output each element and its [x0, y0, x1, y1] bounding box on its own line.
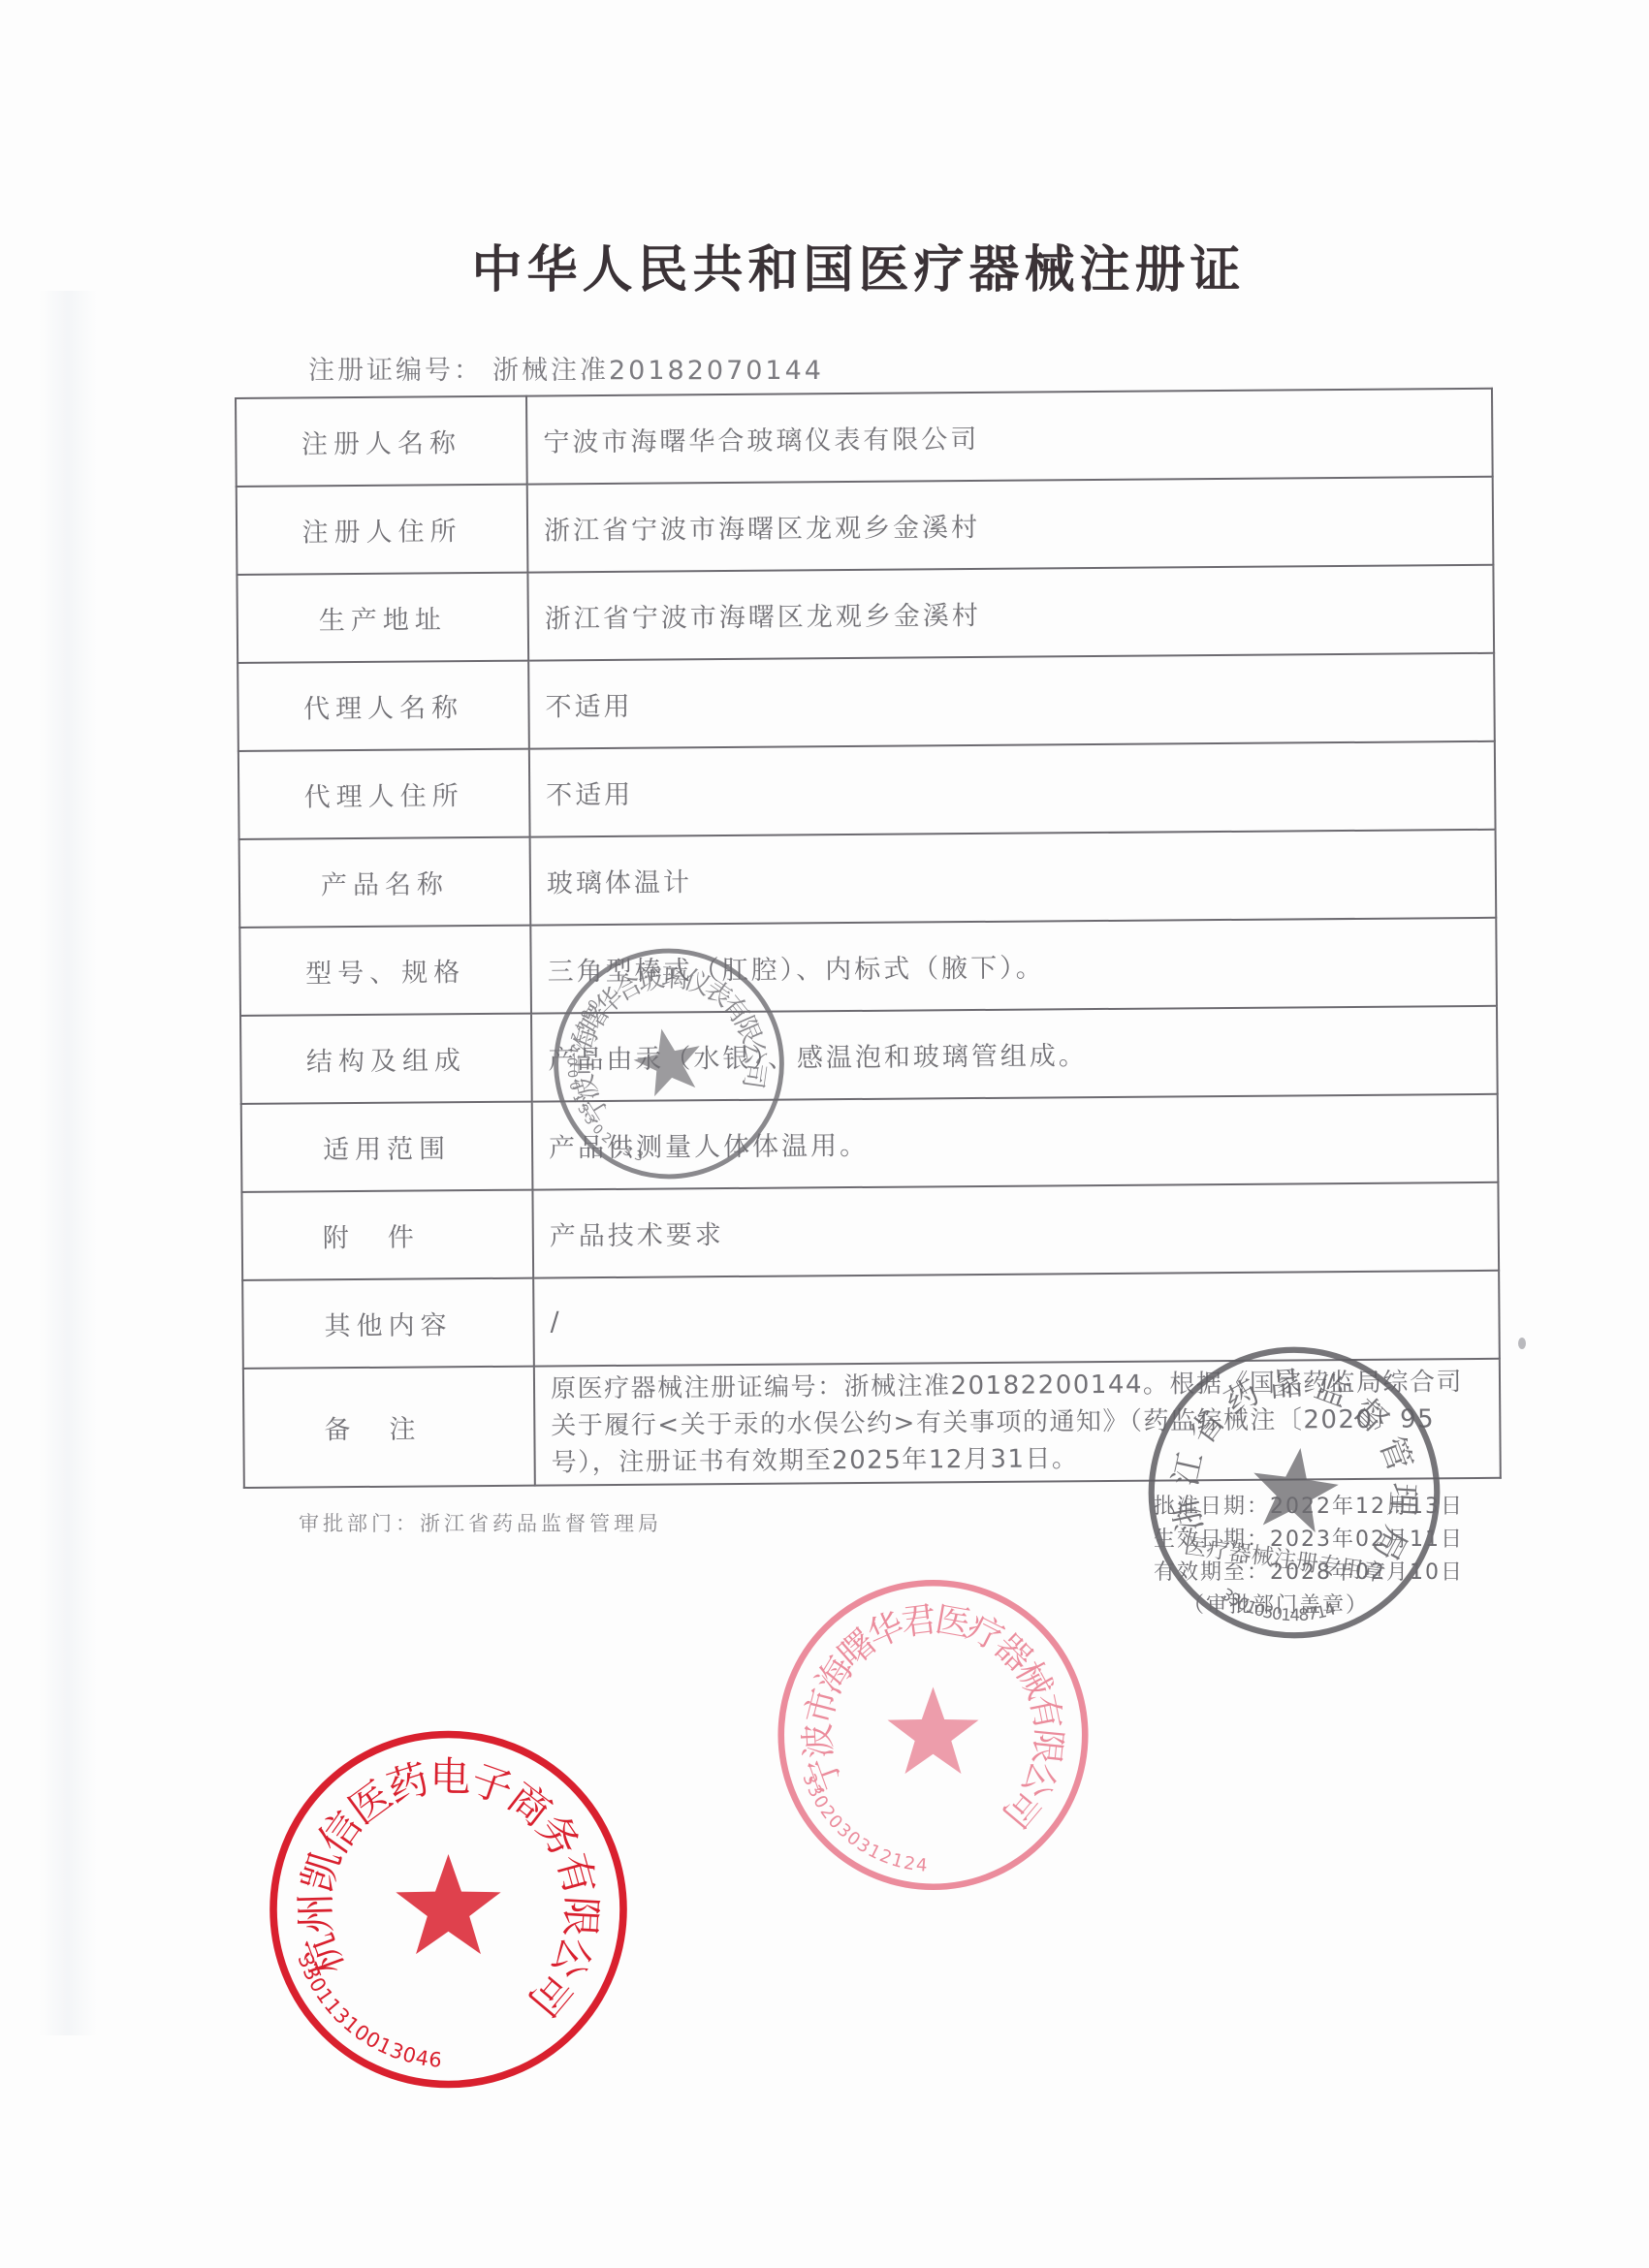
svg-text:江: 江: [1166, 1449, 1211, 1490]
table-row: 代理人名称 不适用: [238, 653, 1495, 751]
table-row: 附件 产品技术要求: [241, 1182, 1499, 1280]
svg-text:电: 电: [429, 1752, 470, 1801]
svg-text:省: 省: [1183, 1402, 1233, 1452]
svg-text:限: 限: [556, 1895, 606, 1937]
approval-date-value: 2022年12月13日: [1270, 1495, 1464, 1519]
registration-number-value: 浙械注准20182070144: [492, 356, 824, 386]
expiry-date: 有效期至：2028年02月10日: [1154, 1557, 1464, 1590]
stamp-graphic: 宁波市海曙华合玻璃仪表有限公司3302033100042460: [548, 945, 790, 1182]
row-label: 其他内容: [242, 1278, 534, 1369]
row-label: 型号、规格: [239, 926, 531, 1016]
svg-text:品: 品: [1268, 1364, 1304, 1404]
expiry-date-label: 有效期至：: [1154, 1560, 1270, 1585]
table-row: 结构及组成 产品由汞（水银）、感温泡和玻璃管组成。: [240, 1006, 1498, 1104]
svg-text:4: 4: [915, 1855, 928, 1876]
expiry-date-value: 2028年02月10日: [1270, 1560, 1464, 1585]
svg-text:3: 3: [620, 1143, 635, 1160]
row-value: 不适用: [528, 653, 1495, 749]
svg-text:0: 0: [563, 1057, 579, 1066]
svg-text:督: 督: [1345, 1390, 1395, 1440]
retailer-seal-stamp: 杭州凯信医药电子商务有限公司33011310013046: [262, 1725, 635, 2094]
stamp-graphic: 杭州凯信医药电子商务有限公司33011310013046: [262, 1725, 635, 2094]
effective-date: 生效日期：2023年02月11日: [1154, 1524, 1464, 1557]
approval-department-value: 浙江省药品监督管理局: [420, 1512, 662, 1535]
row-value: 浙江省宁波市海曙区龙观乡金溪村: [527, 565, 1494, 661]
row-value: 产品技术要求: [532, 1182, 1499, 1278]
svg-text:3: 3: [632, 1148, 645, 1165]
row-value: 宁波市海曙华合玻璃仪表有限公司: [526, 389, 1493, 485]
svg-text:州: 州: [292, 1892, 340, 1934]
scan-shadow: [39, 291, 97, 2035]
certificate-page: 中华人民共和国医疗器械注册证 注册证编号：浙械注准20182070144 注册人…: [0, 0, 1649, 2268]
row-label: 产品名称: [239, 837, 531, 928]
svg-text:司: 司: [737, 1060, 770, 1090]
svg-text:4: 4: [564, 1044, 581, 1055]
row-label: 注册人住所: [237, 485, 528, 575]
approval-dates: 批准日期：2022年12月13日 生效日期：2023年02月11日 有效期至：2…: [1154, 1491, 1464, 1622]
approval-date-label: 批准日期：: [1154, 1495, 1270, 1519]
table-row: 注册人住所 浙江省宁波市海曙区龙观乡金溪村: [237, 477, 1494, 575]
svg-text:管: 管: [1371, 1432, 1419, 1476]
row-label: 代理人名称: [238, 661, 529, 751]
approval-department: 审批部门：浙江省药品监督管理局: [299, 1508, 662, 1537]
row-label: 注册人名称: [236, 396, 527, 487]
row-label: 适用范围: [241, 1102, 533, 1192]
row-value: 不适用: [529, 741, 1496, 837]
seal-note: （审批部门盖章）: [1154, 1590, 1464, 1622]
effective-date-label: 生效日期：: [1154, 1528, 1270, 1552]
approval-date: 批准日期：2022年12月13日: [1154, 1491, 1464, 1524]
effective-date-value: 2023年02月11日: [1270, 1528, 1464, 1552]
table-row: 适用范围 产品供测量人体体温用。: [241, 1094, 1499, 1192]
registration-number-label: 注册证编号：: [308, 356, 483, 386]
company-seal-stamp: 宁波市海曙华合玻璃仪表有限公司3302033100042460: [548, 945, 790, 1182]
approval-department-label: 审批部门：: [299, 1512, 420, 1535]
svg-text:监: 监: [1310, 1368, 1354, 1415]
table-row: 生产地址 浙江省宁波市海曙区龙观乡金溪村: [237, 565, 1494, 663]
distributor-seal-stamp: 宁波市海曙华君医疗器械有限公司3302030312124: [771, 1575, 1095, 1895]
page-title: 中华人民共和国医疗器械注册证: [0, 229, 1649, 301]
stamp-graphic: 宁波市海曙华君医疗器械有限公司3302030312124: [771, 1575, 1095, 1895]
table-row: 型号、规格 三角型棒式（肛腔）、内标式（腋下）。: [239, 918, 1497, 1016]
table-row: 注册人名称 宁波市海曙华合玻璃仪表有限公司: [236, 389, 1493, 487]
row-label: 生产地址: [237, 573, 528, 663]
row-label: 附件: [241, 1190, 533, 1280]
row-label: 代理人住所: [238, 749, 530, 839]
svg-text:药: 药: [1219, 1372, 1266, 1422]
table-row: 代理人住所 不适用: [238, 741, 1496, 839]
row-value: 玻璃体温计: [530, 830, 1497, 926]
certificate-table: 注册人名称 宁波市海曙华合玻璃仪表有限公司 注册人住所 浙江省宁波市海曙区龙观乡…: [235, 388, 1502, 1489]
row-value: 浙江省宁波市海曙区龙观乡金溪村: [527, 477, 1494, 573]
svg-text:6: 6: [428, 2048, 442, 2072]
scan-mark: [1518, 1338, 1526, 1349]
registration-number: 注册证编号：浙械注准20182070144: [308, 349, 824, 387]
svg-text:0: 0: [564, 1069, 581, 1079]
row-label: 结构及组成: [240, 1014, 532, 1104]
row-label: 备注: [243, 1367, 535, 1488]
table-row: 产品名称 玻璃体温计: [239, 830, 1497, 928]
